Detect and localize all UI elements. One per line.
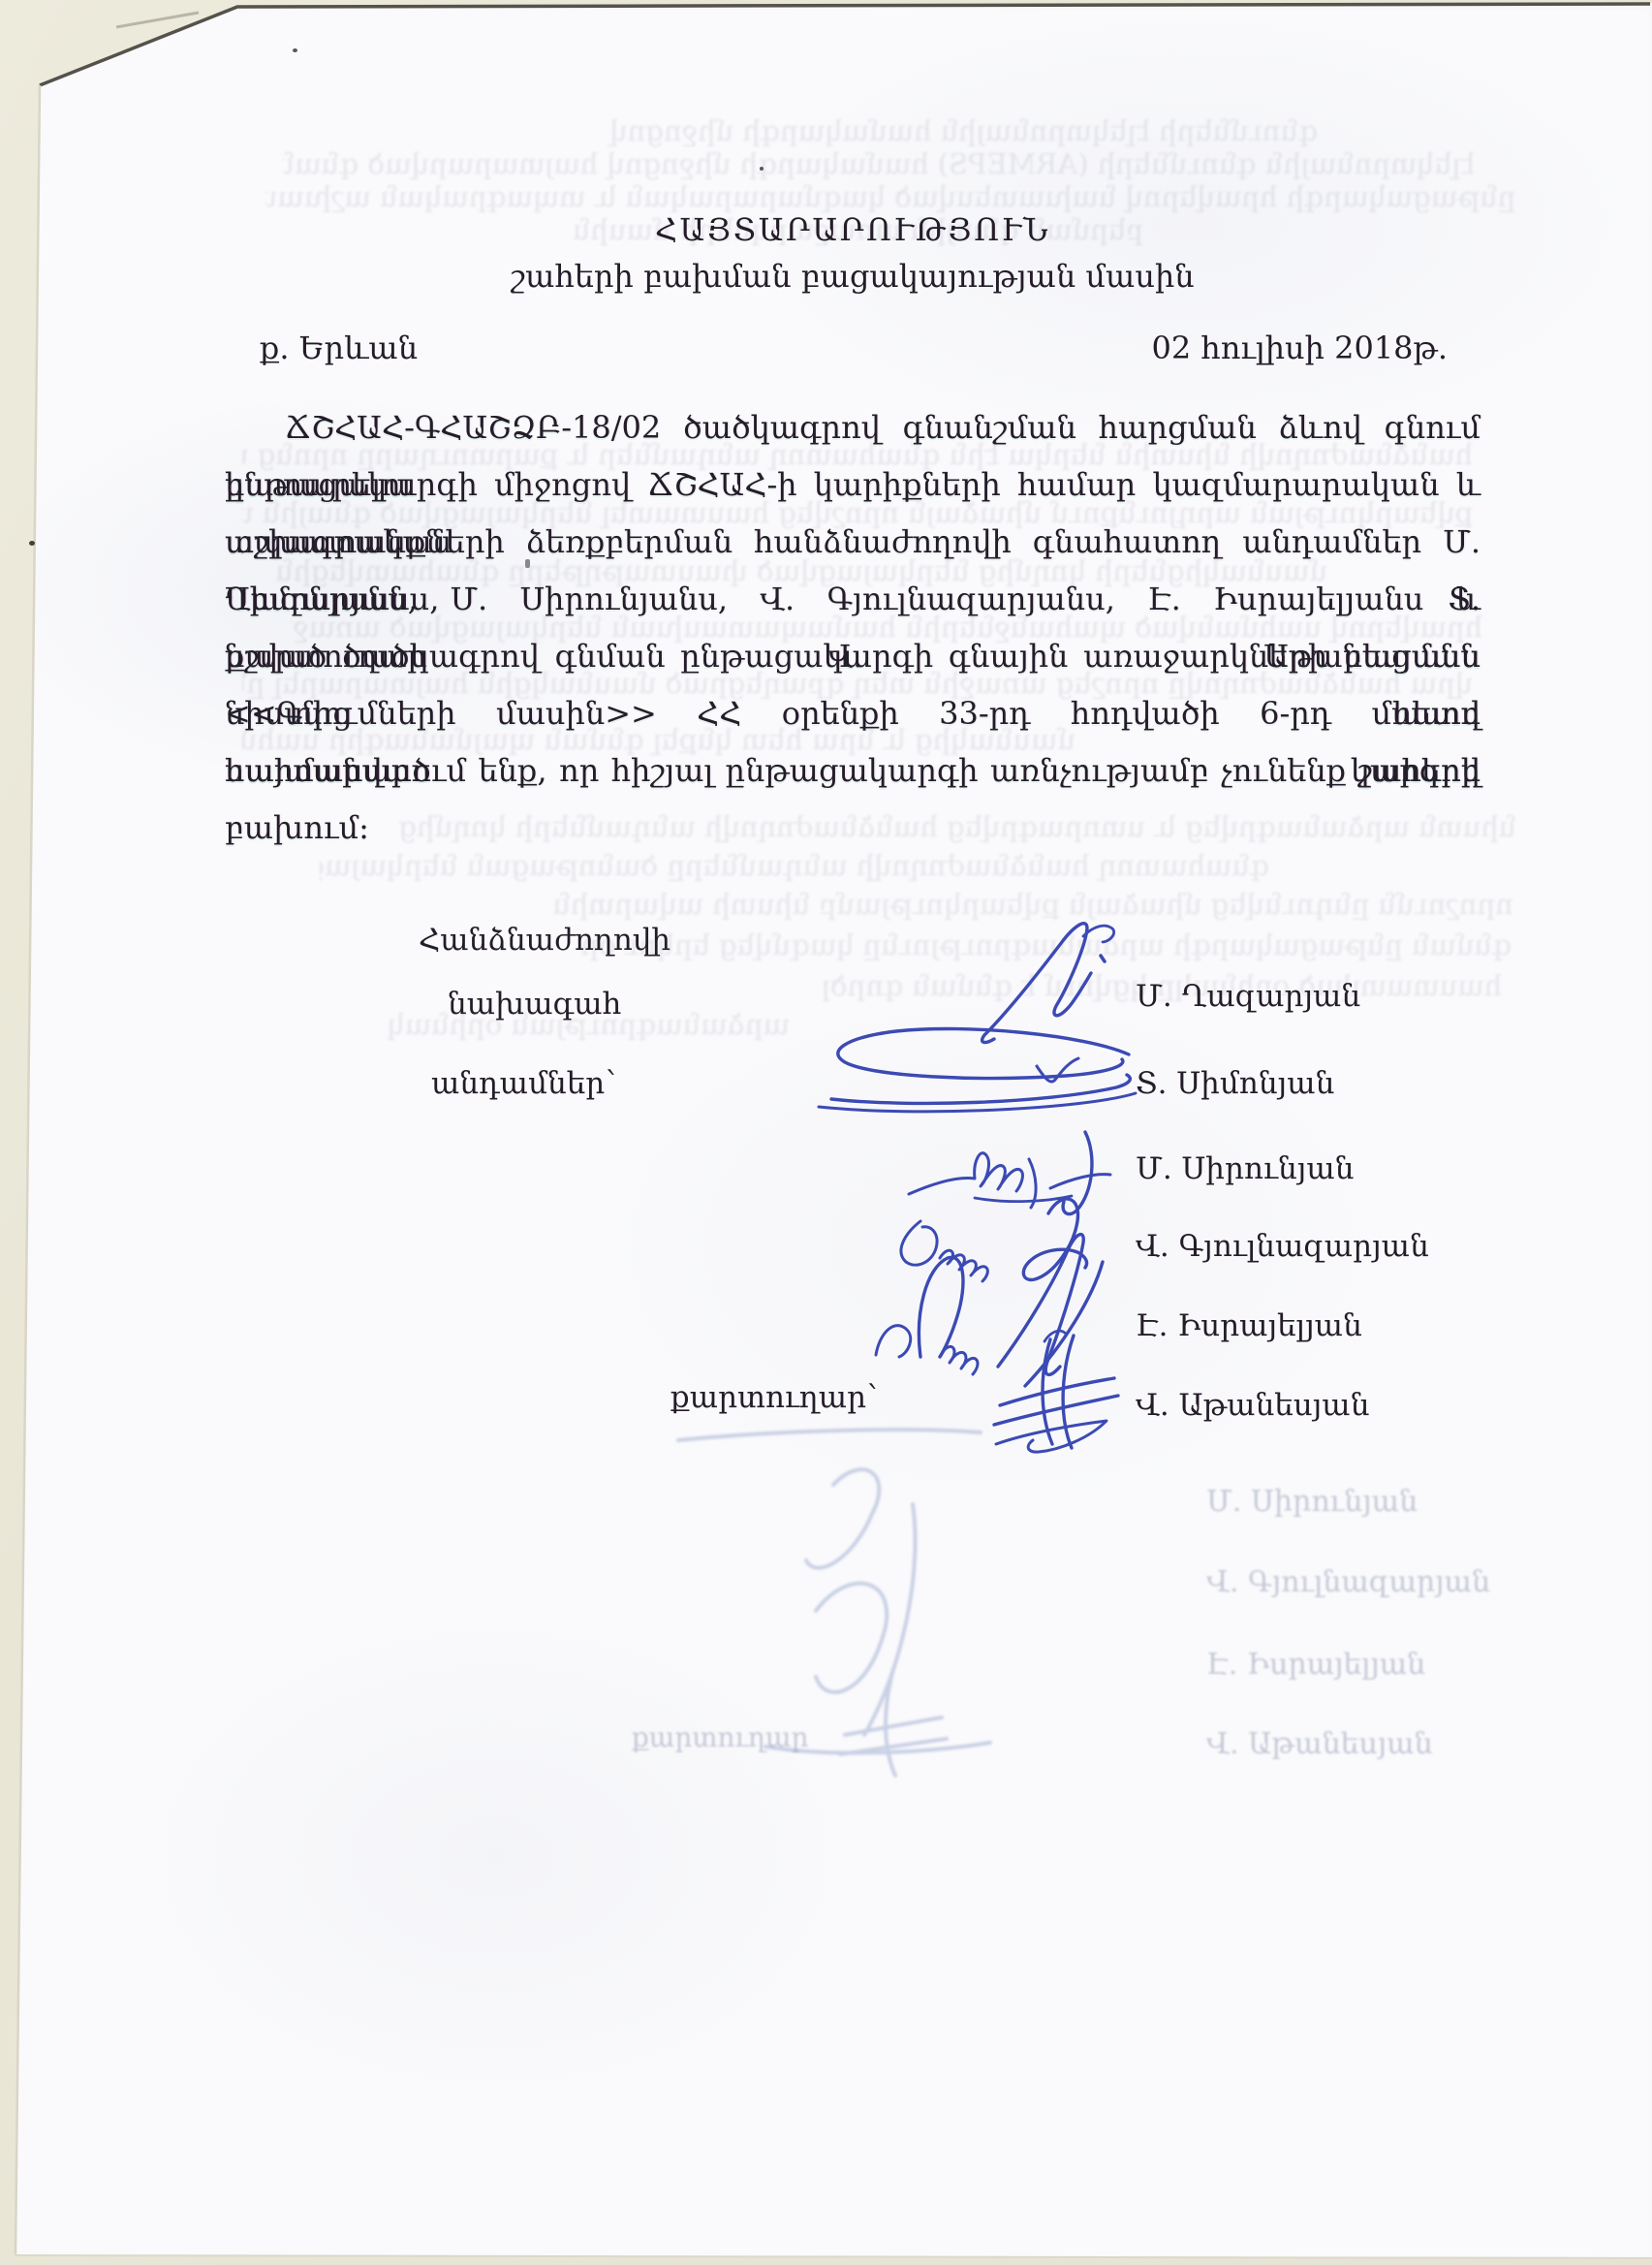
document-subtitle: շահերի բախման բացակայության մասին [225, 258, 1481, 295]
signatory-name: Է. Իսրայելյան [1136, 1308, 1362, 1343]
signatory-name: Վ. Աթանեսյան [1136, 1388, 1369, 1423]
ghost-signature-stroke [678, 1430, 981, 1440]
body-line: <<Գնումների մասին>> ՀՀ օրենքի 33-րդ հոդվ… [225, 685, 1481, 742]
bleedthrough-name: Մ. Սիրունյան [1206, 1485, 1418, 1519]
bleedthrough-line: նիստն արձանագրվեց և ստորագրվեց հանձնաժող… [276, 810, 1516, 843]
body-line: ընթացակարգի միջոցով ՃՇՀԱՀ-ի կարիքների հա… [225, 456, 1481, 514]
body-line: Սիմոնյանս, Մ. Սիրունյանս, Վ. Գյուլնազարյ… [225, 571, 1481, 628]
ghost-signature-stroke [864, 1504, 916, 1735]
scanned-declaration-document: { "scan": { "title": "ՀԱՅՏԱՐԱՐՈՒԹՅՈՒՆ", … [0, 0, 1652, 2265]
role-members-label: անդամներ՝ [431, 1066, 615, 1101]
bleedthrough-name: Վ. Գյուլնազարյան [1206, 1565, 1490, 1599]
signatory-name: Վ. Գյուլնազարյան [1136, 1229, 1429, 1264]
committee-heading: Հանձնաժողովի [419, 923, 670, 958]
ghost-signature-stroke [806, 1469, 879, 1567]
body-line: աշխատանքների ձեռքբերման հանձնաժողովի գնա… [225, 514, 1481, 571]
scan-speck [760, 167, 764, 171]
document-title: ՀԱՅՏԱՐԱՐՈՒԹՅՈՒՆ [225, 211, 1481, 248]
scan-speck [293, 48, 297, 52]
signatory-name: Մ. Ղազարյան [1136, 979, 1360, 1014]
scanner-bed-scratch [116, 13, 199, 27]
signature-sirunyan [909, 1132, 1110, 1214]
bleedthrough-name: Է. Իսրայելյան [1206, 1648, 1425, 1682]
date-line: 02 հուլիսի 2018թ. [225, 330, 1448, 366]
bleedthrough-name: Վ. Աթանեսյան [1206, 1727, 1433, 1761]
bleedthrough-secretary-label: քարտուղար [632, 1721, 809, 1753]
signature-israyelyan [876, 1235, 1103, 1386]
body-paragraph: ՃՇՀԱՀ-ԳՀԱՇՁԲ-18/02 ծածկագրով գնանշման հա… [225, 399, 1481, 800]
bleedthrough-line: էլեկտրոնային գնումների (ARMEPS) համակարգ… [283, 147, 1475, 180]
signature-ghazaryan [982, 924, 1114, 1043]
scan-speck [29, 541, 35, 546]
ghost-signature-stroke [816, 1584, 887, 1692]
signatory-name: Տ. Սիմոնյան [1136, 1066, 1334, 1101]
role-chair-label: նախագահ [448, 987, 621, 1022]
body-line: ՃՇՀԱՀ-ԳՀԱՇՁԲ-18/02 ծածկագրով գնանշման հա… [225, 399, 1481, 456]
bleedthrough-line: գնումների էլեկտրոնային համակարգի միջոցով [349, 114, 1318, 147]
body-line: նշված ծածկագրով գնման ընթացակարգի գնային… [225, 628, 1481, 685]
bleedthrough-line: գնահատող հանձնաժողովի անդամները ծանոթացա… [320, 849, 1269, 882]
signatory-name: Մ. Սիրունյան [1136, 1151, 1354, 1186]
ink-signatures [795, 901, 1163, 1483]
bleedthrough-line: ընթացակարգի հրավերով նախատեսված կազմարար… [265, 180, 1515, 213]
body-line: հայտարարում ենք, որ հիշյալ ընթացակարգի ա… [225, 742, 1481, 800]
signature-simonyan [819, 1028, 1136, 1111]
scan-speck [525, 559, 530, 568]
